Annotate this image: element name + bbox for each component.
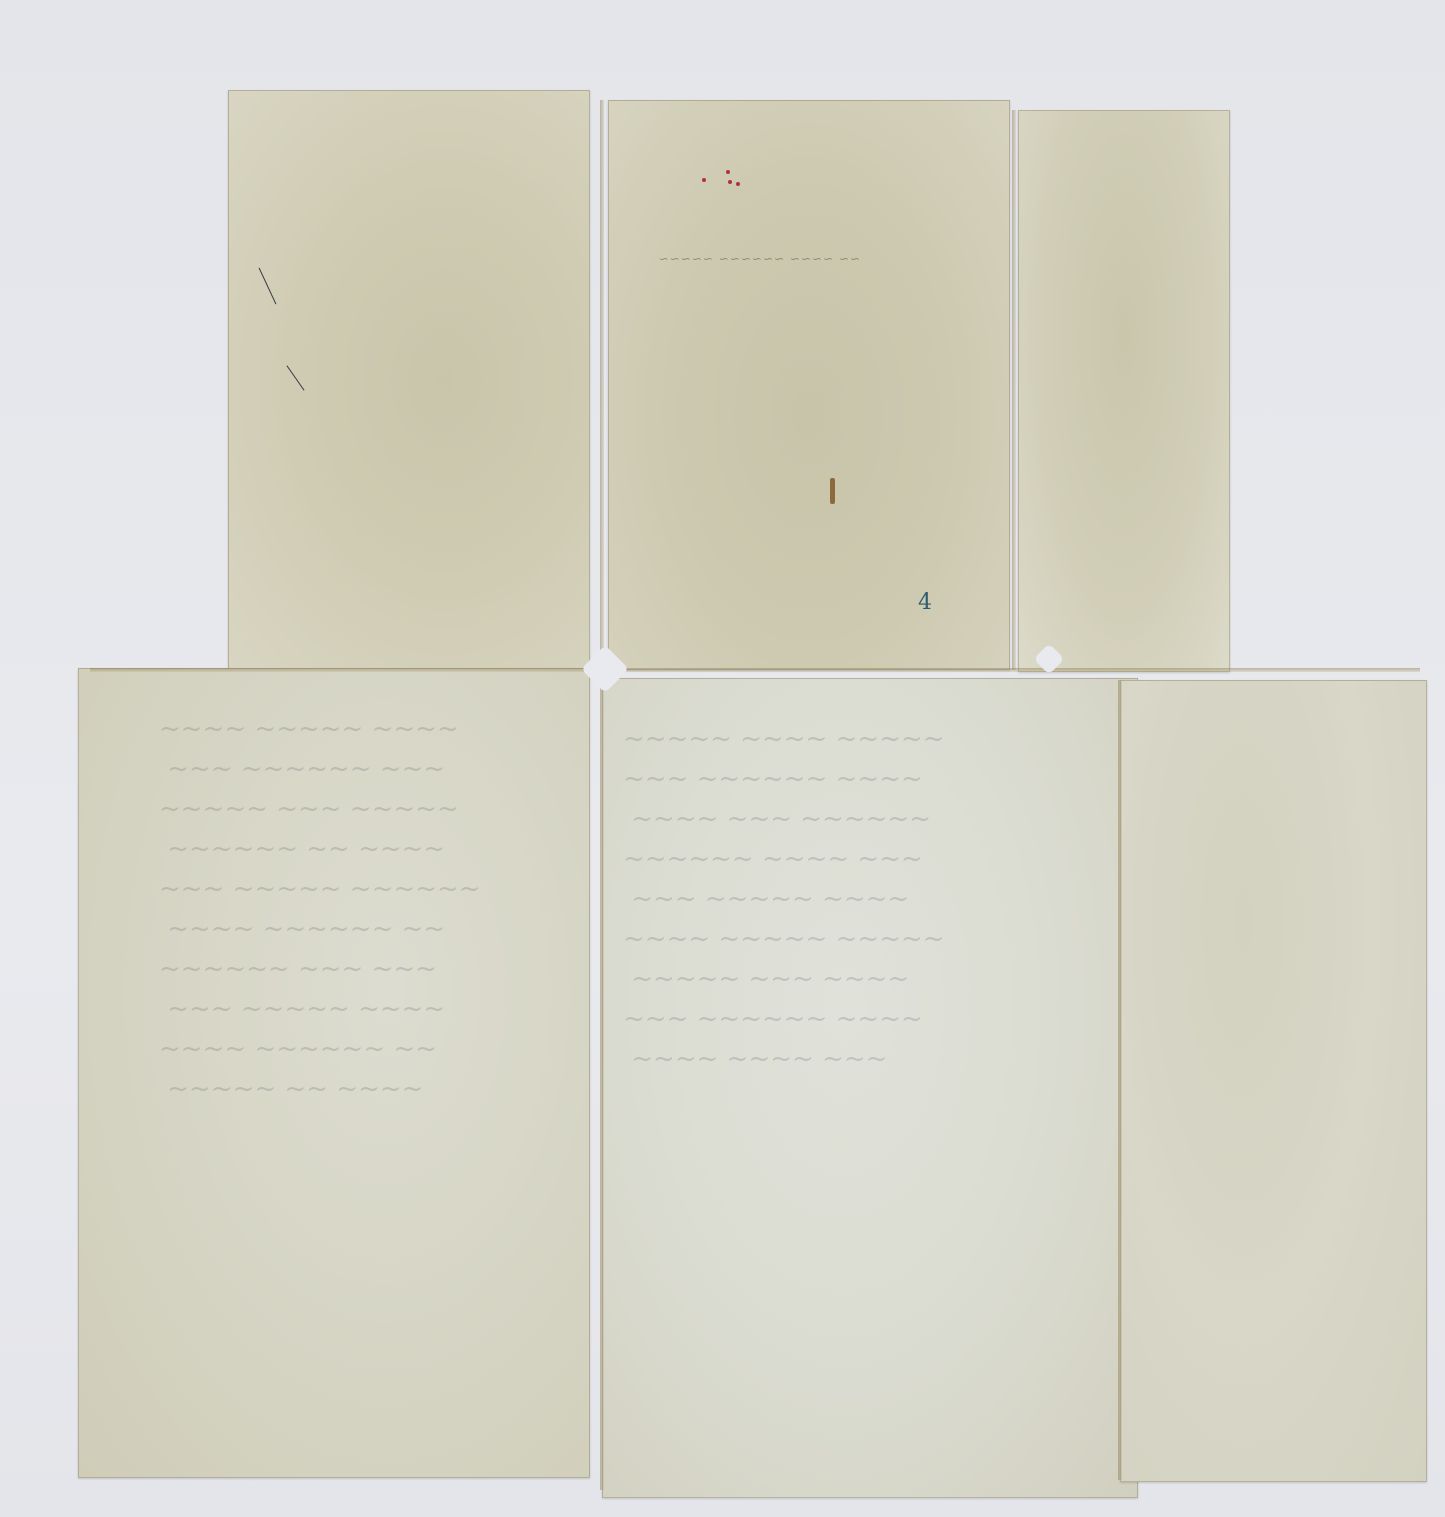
panel-top-center xyxy=(608,100,1010,670)
horizontal-fold xyxy=(90,668,1420,672)
handwriting-bleed-center: ~~~~~ ~~~~ ~~~~~ ~~~ ~~~~~~ ~~~~ ~~~~ ~~… xyxy=(623,719,1123,1079)
reversed-letterhead: ~~ ~~~~ ~~~~~~ ~~~~~ xyxy=(620,252,860,266)
panel-bottom-left: ~~~~ ~~~~~ ~~~~ ~~~ ~~~~~~ ~~~ ~~~~~ ~~~… xyxy=(78,668,590,1478)
panel-bottom-center: ~~~~~ ~~~~ ~~~~~ ~~~ ~~~~~~ ~~~~ ~~~~ ~~… xyxy=(602,678,1138,1498)
vertical-fold-left xyxy=(600,100,604,1490)
ink-scratch xyxy=(259,268,277,305)
photo-background: ~~~~ ~~~~~ ~~~~ ~~~ ~~~~~~ ~~~ ~~~~~ ~~~… xyxy=(0,0,1445,1517)
red-stamp-marks xyxy=(700,170,740,190)
panel-top-left xyxy=(228,90,590,670)
handwriting-bleed-left: ~~~~ ~~~~~ ~~~~ ~~~ ~~~~~~ ~~~ ~~~~~ ~~~… xyxy=(159,709,579,1109)
panel-top-right xyxy=(1018,110,1230,672)
vertical-fold-right-top xyxy=(1012,110,1016,670)
vertical-fold-right-bottom xyxy=(1118,680,1122,1480)
stain-drip xyxy=(830,478,835,504)
blue-ink-mark: 4 xyxy=(918,590,932,615)
ink-scratch xyxy=(286,365,304,390)
panel-bottom-right xyxy=(1120,680,1427,1482)
